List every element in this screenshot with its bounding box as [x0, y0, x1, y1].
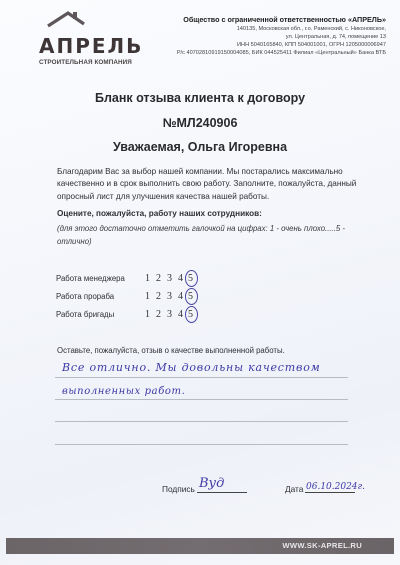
rating-heading: Оцените, пожалуйста, работу наших сотруд… [57, 209, 262, 218]
rating-option-2[interactable]: 2 [156, 291, 161, 302]
company-bank: Р/с 40702810919150004085, БИК 044525411 … [146, 49, 386, 57]
rating-label: Работа менеджера [56, 274, 125, 283]
feedback-form-page: АПРЕЛЬ СТРОИТЕЛЬНАЯ КОМПАНИЯ Общество с … [0, 0, 400, 565]
rating-option-5-selected[interactable]: 5 [188, 309, 193, 320]
signature-value[interactable]: Вуд [199, 476, 224, 491]
rating-option-4[interactable]: 4 [178, 273, 183, 284]
rating-option-2[interactable]: 2 [156, 309, 161, 320]
rating-option-3[interactable]: 3 [167, 291, 172, 302]
company-name: Общество с ограниченной ответственностью… [146, 16, 386, 24]
company-address-1: 140135, Московская обл., г.о. Раменский,… [146, 25, 386, 33]
client-greeting: Уважаемая, Ольга Игоревна [0, 140, 400, 154]
company-ids: ИНН 5040165840, КПП 504001001, ОГРН 1205… [146, 41, 386, 49]
feedback-line-3 [55, 421, 348, 422]
rating-option-3[interactable]: 3 [167, 309, 172, 320]
selection-circle-icon [185, 306, 198, 323]
rating-label: Работа прораба [56, 292, 114, 301]
rating-option-5-selected[interactable]: 5 [188, 291, 193, 302]
rating-option-1[interactable]: 1 [145, 273, 150, 284]
date-line [305, 492, 355, 493]
company-logo: АПРЕЛЬ СТРОИТЕЛЬНАЯ КОМПАНИЯ [36, 10, 136, 60]
date-value[interactable]: 06.10.2024г. [306, 482, 365, 492]
footer-bar: WWW.SK-APREL.RU [6, 538, 394, 554]
rating-hint: (для этого достаточно отметить галочкой … [57, 223, 357, 248]
rating-option-4[interactable]: 4 [178, 309, 183, 320]
rating-option-4[interactable]: 4 [178, 291, 183, 302]
date-label: Дата [285, 484, 303, 494]
company-details: Общество с ограниченной ответственностью… [146, 16, 386, 57]
selection-circle-icon [185, 270, 198, 287]
rating-option-1[interactable]: 1 [145, 309, 150, 320]
signature-label: Подпись [162, 484, 195, 494]
rating-option-5-selected[interactable]: 5 [188, 273, 193, 284]
website-link[interactable]: WWW.SK-APREL.RU [282, 541, 362, 550]
rating-option-1[interactable]: 1 [145, 291, 150, 302]
feedback-text-line-1[interactable]: Все отлично. Мы довольны качеством [62, 361, 321, 374]
feedback-line-1 [55, 377, 348, 378]
selection-circle-icon [185, 288, 198, 305]
logo-subtitle: СТРОИТЕЛЬНАЯ КОМПАНИЯ [39, 59, 132, 66]
rating-option-3[interactable]: 3 [167, 273, 172, 284]
intro-text: Благодарим Вас за выбор нашей компании. … [57, 166, 377, 203]
feedback-line-2 [55, 399, 348, 400]
feedback-text-line-2[interactable]: выполненных работ. [62, 386, 185, 397]
feedback-heading: Оставьте, пожалуйста, отзыв о качестве в… [57, 346, 285, 355]
form-title: Бланк отзыва клиента к договору [0, 91, 400, 105]
company-address-2: ул. Центральная, д. 74, помещение 13 [146, 33, 386, 41]
logo-brand: АПРЕЛЬ [39, 34, 143, 58]
rating-label: Работа бригады [56, 310, 114, 319]
feedback-line-4 [55, 444, 348, 445]
rating-option-2[interactable]: 2 [156, 273, 161, 284]
signature-line [197, 492, 247, 493]
contract-number: №МЛ240906 [0, 116, 400, 130]
house-roof-icon [46, 10, 86, 30]
